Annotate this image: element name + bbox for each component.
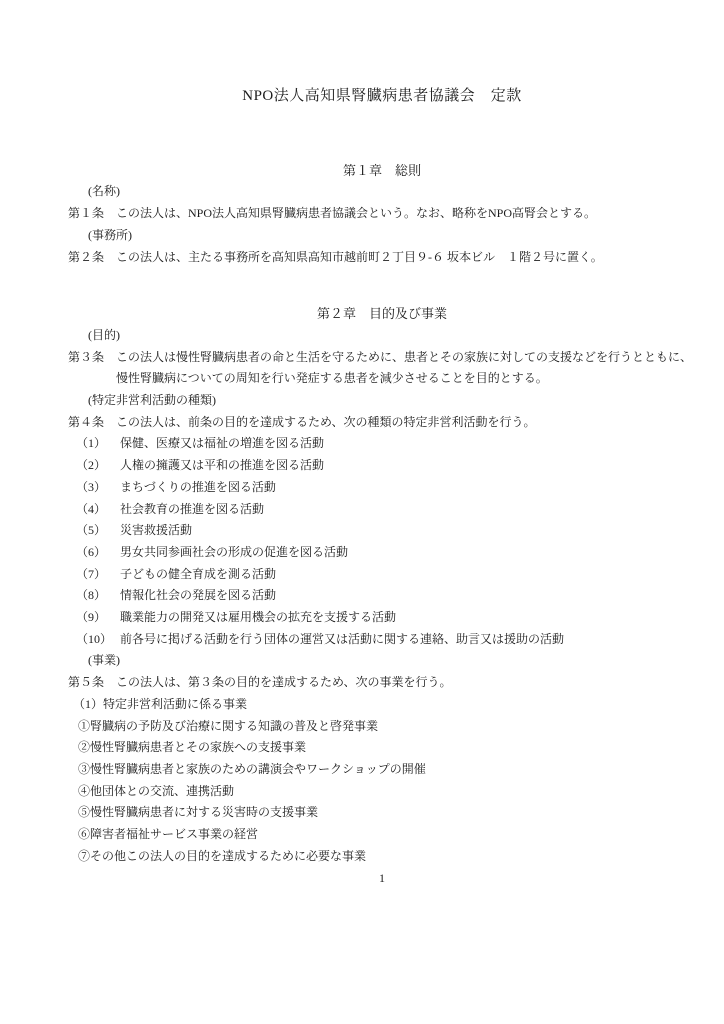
chapter1-heading: 第１章 総則 bbox=[68, 160, 696, 182]
article-5-item-1: ①腎臓病の予防及び治療に関する知識の普及と啓発事業 bbox=[68, 716, 696, 738]
item-text: 保健、医療又は福祉の増進を図る活動 bbox=[120, 436, 324, 450]
item-number: （2） bbox=[76, 455, 120, 477]
article-5-item-4: ④他団体との交流、連携活動 bbox=[68, 781, 696, 803]
article-5-subheading: （1）特定非営利活動に係る事業 bbox=[68, 694, 696, 716]
page-number: 1 bbox=[68, 868, 696, 890]
section-label-activity-types: (特定非営利活動の種類) bbox=[68, 390, 696, 412]
item-text: 子どもの健全育成を測る活動 bbox=[120, 567, 276, 581]
article-4-item-5: （5）災害救援活動 bbox=[68, 520, 696, 542]
item-number: （8） bbox=[76, 585, 120, 607]
section-label-name: (名称) bbox=[68, 181, 696, 203]
article-2: 第２条 この法人は、主たる事務所を高知県高知市越前町２丁目９-６ 坂本ビル １階… bbox=[68, 247, 696, 269]
article-5-item-7: ⑦その他この法人の目的を達成するために必要な事業 bbox=[68, 846, 696, 868]
article-3: 第３条 この法人は慢性腎臓病患者の命と生活を守るために、患者とその家族に対しての… bbox=[68, 347, 696, 390]
article-5-item-3: ③慢性腎臓病患者と家族のための講演会やワークショップの開催 bbox=[68, 759, 696, 781]
article-5-item-2: ②慢性腎臓病患者とその家族への支援事業 bbox=[68, 737, 696, 759]
item-text: 職業能力の開発又は雇用機会の拡充を支援する活動 bbox=[120, 610, 396, 624]
article-4-item-8: （8）情報化社会の発展を図る活動 bbox=[68, 585, 696, 607]
item-text: まちづくりの推進を図る活動 bbox=[120, 480, 276, 494]
item-text: 情報化社会の発展を図る活動 bbox=[120, 588, 276, 602]
article-4-item-1: （1）保健、医療又は福祉の増進を図る活動 bbox=[68, 433, 696, 455]
article-4-item-4: （4）社会教育の推進を図る活動 bbox=[68, 499, 696, 521]
chapter2-heading: 第２章 目的及び事業 bbox=[68, 303, 696, 325]
article-4-item-7: （7）子どもの健全育成を測る活動 bbox=[68, 564, 696, 586]
section-label-business: (事業) bbox=[68, 650, 696, 672]
article-4-item-10: （10）前各号に掲げる活動を行う団体の運営又は活動に関する連絡、助言又は援助の活… bbox=[68, 629, 696, 651]
article-5-item-6: ⑥障害者福祉サービス事業の経営 bbox=[68, 824, 696, 846]
article-5-intro: 第５条 この法人は、第３条の目的を達成するため、次の事業を行う。 bbox=[68, 672, 696, 694]
article-4-item-3: （3）まちづくりの推進を図る活動 bbox=[68, 477, 696, 499]
section-label-office: (事務所) bbox=[68, 225, 696, 247]
item-number: （3） bbox=[76, 477, 120, 499]
item-number: （9） bbox=[76, 607, 120, 629]
item-text: 社会教育の推進を図る活動 bbox=[120, 502, 264, 516]
article-4-item-9: （9）職業能力の開発又は雇用機会の拡充を支援する活動 bbox=[68, 607, 696, 629]
item-number: （7） bbox=[76, 564, 120, 586]
article-5-item-5: ⑤慢性腎臓病患者に対する災害時の支援事業 bbox=[68, 802, 696, 824]
item-number: （6） bbox=[76, 542, 120, 564]
item-number: （5） bbox=[76, 520, 120, 542]
item-text: 男女共同参画社会の形成の促進を図る活動 bbox=[120, 545, 348, 559]
section-label-purpose: (目的) bbox=[68, 325, 696, 347]
item-number: （1） bbox=[76, 433, 120, 455]
item-number: （10） bbox=[76, 629, 120, 651]
item-text: 災害救援活動 bbox=[120, 523, 192, 537]
item-text: 人権の擁護又は平和の推進を図る活動 bbox=[120, 458, 324, 472]
document-title: NPO法人高知県腎臓病患者協議会 定款 bbox=[68, 86, 696, 108]
document-page: NPO法人高知県腎臓病患者協議会 定款 第１章 総則 (名称) 第１条 この法人… bbox=[0, 0, 724, 1024]
article-4-intro: 第４条 この法人は、前条の目的を達成するため、次の種類の特定非営利活動を行う。 bbox=[68, 412, 696, 434]
article-1: 第１条 この法人は、NPO法人高知県腎臓病患者協議会という。なお、略称をNPO高… bbox=[68, 203, 696, 225]
item-number: （4） bbox=[76, 499, 120, 521]
article-4-item-6: （6）男女共同参画社会の形成の促進を図る活動 bbox=[68, 542, 696, 564]
item-text: 前各号に掲げる活動を行う団体の運営又は活動に関する連絡、助言又は援助の活動 bbox=[120, 632, 564, 646]
article-4-item-2: （2）人権の擁護又は平和の推進を図る活動 bbox=[68, 455, 696, 477]
